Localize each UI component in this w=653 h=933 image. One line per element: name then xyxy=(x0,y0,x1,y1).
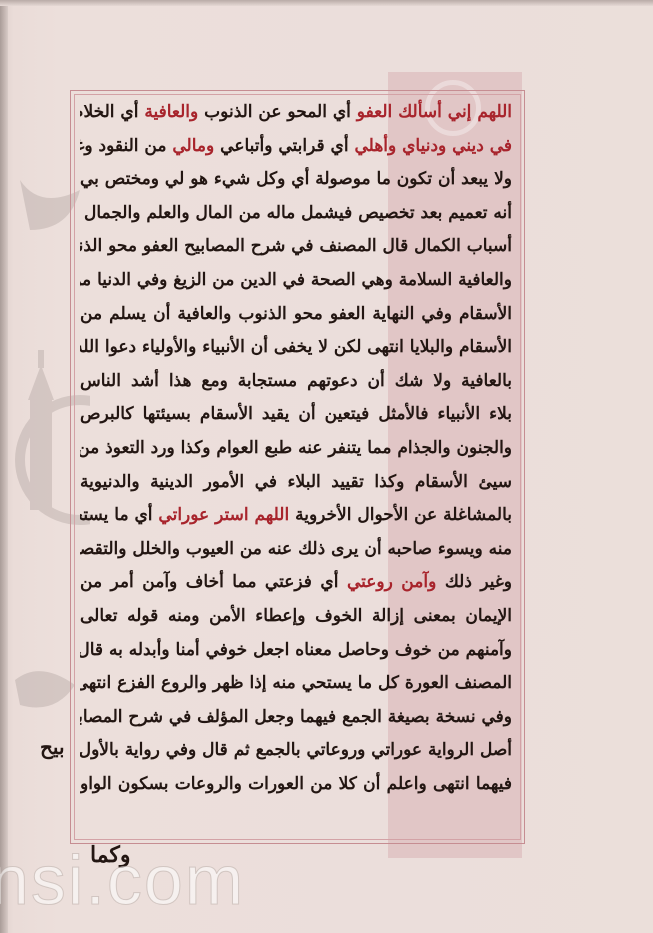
text-line-12: سيئ الأسقام وكذا تقييد البلاء في الأمور … xyxy=(80,466,512,500)
text-line-3: ولا يبعد أن تكون ما موصولة أي وكل شيء هو… xyxy=(80,163,512,197)
text-line-20: أصل الرواية عوراتي وروعاتي بالجمع ثم قال… xyxy=(80,734,512,768)
text-line-6: والعافية السلامة وهي الصحة في الدين من ا… xyxy=(80,264,512,298)
manuscript-page: اللهم إني أسألك العفو أي المحو عن الذنوب… xyxy=(0,0,653,933)
text-line-17: وآمنهم من خوف وحاصل معناه اجعل خوفي أمنا… xyxy=(80,634,512,668)
text-line-19: وفي نسخة بصيغة الجمع فيهما وجعل المؤلف ف… xyxy=(80,701,512,735)
binding-edge xyxy=(0,0,8,933)
text-line-18: المصنف العورة كل ما يستحي منه إذا ظهر وا… xyxy=(80,667,512,701)
text-line-14: منه ويسوء صاحبه أن يرى ذلك عنه من العيوب… xyxy=(80,533,512,567)
text-line-10: بلاء الأنبياء فالأمثل فيتعين أن يقيد الأ… xyxy=(80,398,512,432)
text-line-8: الأسقام والبلايا انتهى لكن لا يخفى أن ال… xyxy=(80,331,512,365)
text-line-1: اللهم إني أسألك العفو أي المحو عن الذنوب… xyxy=(80,96,512,130)
text-line-15: وغير ذلك وآمن روعتي أي فزعتي مما أخاف وآ… xyxy=(80,566,512,600)
text-line-11: والجنون والجذام مما يتنفر عنه طبع العوام… xyxy=(80,432,512,466)
text-line-21: فيهما انتهى واعلم أن كلا من العورات والر… xyxy=(80,768,512,802)
top-page-edge xyxy=(0,0,653,6)
text-line-16: الإيمان بمعنى إزالة الخوف وإعطاء الأمن و… xyxy=(80,600,512,634)
text-line-9: بالعافية ولا شك أن دعوتهم مستجابة ومع هذ… xyxy=(80,365,512,399)
text-line-2: في ديني ودنياي وأهلي أي قرابتي وأتباعي و… xyxy=(80,130,512,164)
text-line-7: الأسقام وفي النهاية العفو محو الذنوب وال… xyxy=(80,298,512,332)
text-line-4: أنه تعميم بعد تخصيص فيشمل ماله من المال … xyxy=(80,197,512,231)
site-watermark: nsi.com xyxy=(0,840,245,920)
text-line-5: أسباب الكمال قال المصنف في شرح المصابيح … xyxy=(80,230,512,264)
text-line-13: بالمشاغلة عن الأحوال الأخروية اللهم استر… xyxy=(80,499,512,533)
manuscript-text: اللهم إني أسألك العفو أي المحو عن الذنوب… xyxy=(80,96,512,836)
margin-note: بيح xyxy=(40,735,65,759)
